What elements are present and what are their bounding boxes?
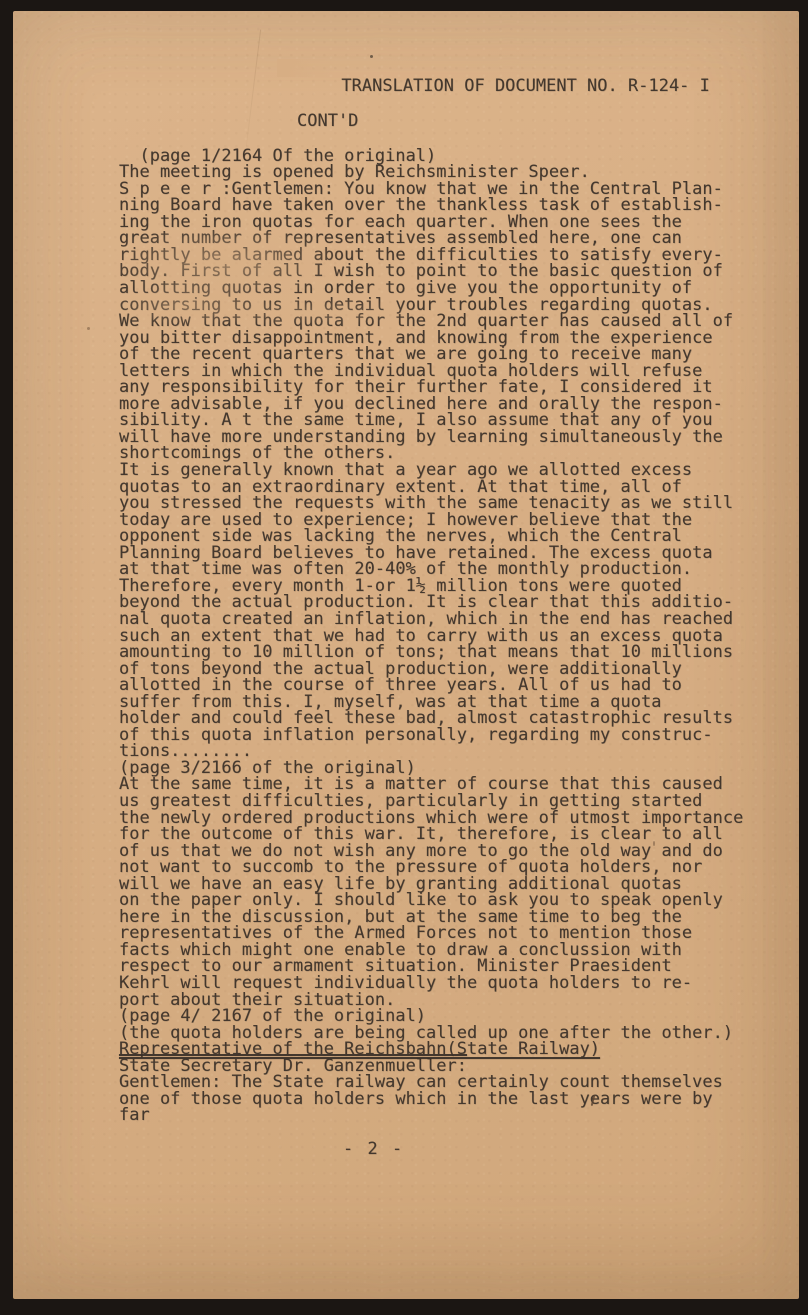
document-body: (page 1/2164 Of the original)The meeting… [119, 98, 743, 1124]
stray-ink-dot [370, 55, 373, 58]
scanner-background: TRANSLATION OF DOCUMENT NO. R-124- I CON… [0, 0, 808, 1315]
faded-print-overlay [277, 59, 339, 77]
text-line: far [119, 1107, 743, 1124]
document-title: TRANSLATION OF DOCUMENT NO. R-124- I [341, 76, 709, 96]
text-line: one of those quota holders which in the … [119, 1091, 743, 1108]
paper-speck [87, 327, 90, 330]
document-page: TRANSLATION OF DOCUMENT NO. R-124- I CON… [13, 11, 799, 1299]
page-number: - 2 - [343, 1139, 404, 1159]
paper-speck [653, 841, 655, 846]
